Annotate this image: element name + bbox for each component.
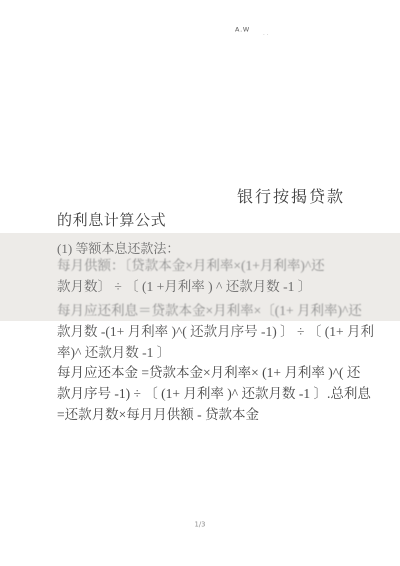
- formula-line: 率)^ 还款月数 -1 〕: [57, 342, 357, 363]
- formula-line: 每月应还本金 =贷款本金×月利率× (1+ 月利率 )^( 还: [57, 362, 357, 383]
- formula-line: 款月数〕 ÷ 〔 (1 +月利率 ) ^ 还款月数 -1 〕: [57, 276, 357, 297]
- formula-paragraph-monthly-principal: 每月应还本金 =贷款本金×月利率× (1+ 月利率 )^( 还 款月序号 -1)…: [57, 362, 357, 425]
- formula-line: 每月应还利息＝贷款本金×月利率×〔(1+ 月利率)^还: [57, 300, 357, 321]
- doc-title-line2: 的利息计算公式: [57, 209, 166, 230]
- formula-paragraph-monthly-interest: 每月应还利息＝贷款本金×月利率×〔(1+ 月利率)^还 款月数 -(1+ 月利率…: [57, 300, 357, 363]
- doc-title-line1: 银行按揭贷款: [237, 184, 345, 207]
- header-mark: A.W: [235, 26, 250, 33]
- page-indicator: 1/3: [30, 521, 370, 529]
- formula-line: =还款月数×每月月供额 - 贷款本金: [57, 404, 357, 425]
- document-page: A.W .. 银行按揭贷款 的利息计算公式 (1) 等额本息还款法： 每月供额：…: [0, 0, 400, 566]
- formula-line: 款月数 -(1+ 月利率 )^( 还款月序号 -1) 〕 ÷ 〔 (1+ 月利: [57, 321, 357, 342]
- formula-line: 款月序号 -1) ÷ 〔 (1+ 月利率 )^ 还款月数 -1 〕.总利息: [57, 383, 357, 404]
- formula-line: 每月供额：〔贷款本金×月利率×(1+月利率)^还: [57, 255, 357, 276]
- header-dots: ..: [263, 29, 271, 37]
- formula-paragraph-monthly-payment: 每月供额：〔贷款本金×月利率×(1+月利率)^还 款月数〕 ÷ 〔 (1 +月利…: [57, 255, 357, 297]
